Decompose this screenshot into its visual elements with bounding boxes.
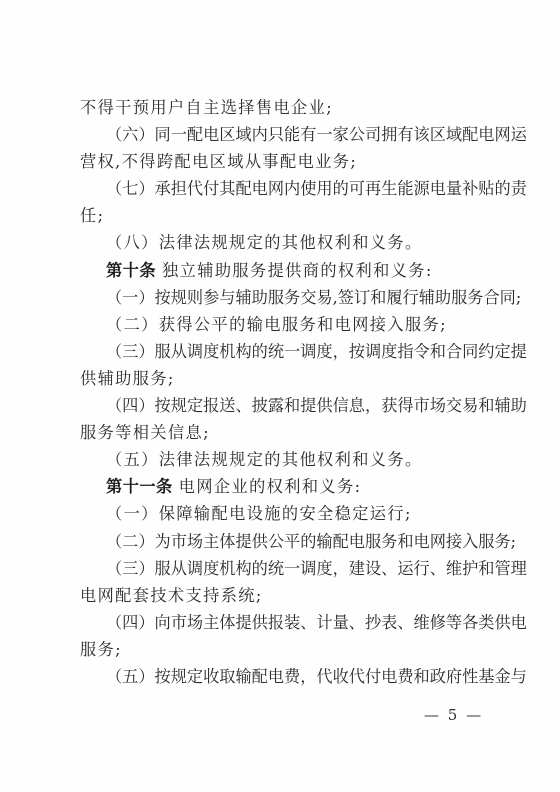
line-text: （二）为市场主体提供公平的输配电服务和电网接入服务; [106, 528, 488, 555]
text-line: （四）向市场主体提供报装、计量、抄表、维修等各类供电 [80, 609, 488, 636]
line-text: （三）服从调度机构的统一调度，按调度指令和合同约定提 [106, 338, 488, 365]
text-line: 营权,不得跨配电区域从事配电业务; [80, 148, 488, 175]
line-text: 营权,不得跨配电区域从事配电业务; [80, 152, 357, 171]
text-line: （二）获得公平的输电服务和电网接入服务; [80, 311, 488, 338]
text-line: 服务; [80, 636, 488, 663]
line-text: （五）法律法规规定的其他权利和义务。 [106, 450, 423, 469]
text-line: 电网配套技术支持系统; [80, 582, 488, 609]
line-text: 服务等相关信息; [80, 423, 210, 442]
line-text: 独立辅助服务提供商的权利和义务: [162, 261, 433, 280]
document-body: 不得干预用户自主选择售电企业;（六）同一配电区域内只能有一家公司拥有该区域配电网… [80, 94, 488, 690]
text-line: （七）承担代付其配电网内使用的可再生能源电量补贴的责 [80, 175, 488, 202]
text-line: （五）按规定收取输配电费，代收代付电费和政府性基金与 [80, 663, 488, 690]
line-text: （三）服从调度机构的统一调度，建设、运行、维护和管理 [106, 555, 488, 582]
line-text: （八）法律法规规定的其他权利和义务。 [106, 233, 423, 252]
text-line: （四）按规定报送、披露和提供信息，获得市场交易和辅助 [80, 392, 488, 419]
line-text: （一）保障输配电设施的安全稳定运行; [106, 504, 412, 523]
line-text: （二）获得公平的输电服务和电网接入服务; [106, 315, 447, 334]
text-line: （一）保障输配电设施的安全稳定运行; [80, 500, 488, 527]
text-line: 服务等相关信息; [80, 419, 488, 446]
line-text: 任; [80, 206, 104, 225]
line-text: （六）同一配电区域内只能有一家公司拥有该区域配电网运 [106, 121, 488, 148]
line-text: （四）向市场主体提供报装、计量、抄表、维修等各类供电 [106, 609, 488, 636]
line-text: （一）按规则参与辅助服务交易,签订和履行辅助服务合同; [106, 284, 488, 311]
line-text: 电网企业的权利和义务: [179, 477, 362, 496]
line-text: （四）按规定报送、披露和提供信息，获得市场交易和辅助 [106, 392, 488, 419]
text-line: 供辅助服务; [80, 365, 488, 392]
article-number: 第十一条 [106, 477, 173, 496]
text-line: 任; [80, 202, 488, 229]
line-text: （七）承担代付其配电网内使用的可再生能源电量补贴的责 [106, 175, 488, 202]
text-line: （二）为市场主体提供公平的输配电服务和电网接入服务; [80, 528, 488, 555]
line-text: 不得干预用户自主选择售电企业; [80, 98, 333, 117]
line-text: （五）按规定收取输配电费，代收代付电费和政府性基金与 [106, 663, 488, 690]
line-text: 服务; [80, 640, 122, 659]
text-line: （一）按规则参与辅助服务交易,签订和履行辅助服务合同; [80, 284, 488, 311]
document-page: 不得干预用户自主选择售电企业;（六）同一配电区域内只能有一家公司拥有该区域配电网… [0, 0, 560, 792]
line-text: 电网配套技术支持系统; [80, 586, 263, 605]
article-heading-line: 第十一条电网企业的权利和义务: [80, 473, 488, 500]
article-heading-line: 第十条独立辅助服务提供商的权利和义务: [80, 257, 488, 284]
text-line: （三）服从调度机构的统一调度，按调度指令和合同约定提 [80, 338, 488, 365]
article-number: 第十条 [106, 261, 156, 280]
line-text: 供辅助服务; [80, 369, 175, 388]
page-number: — 5 — [424, 706, 483, 724]
text-line: （三）服从调度机构的统一调度，建设、运行、维护和管理 [80, 555, 488, 582]
text-line: （五）法律法规规定的其他权利和义务。 [80, 446, 488, 473]
text-line: （八）法律法规规定的其他权利和义务。 [80, 229, 488, 256]
text-line: （六）同一配电区域内只能有一家公司拥有该区域配电网运 [80, 121, 488, 148]
text-line: 不得干预用户自主选择售电企业; [80, 94, 488, 121]
